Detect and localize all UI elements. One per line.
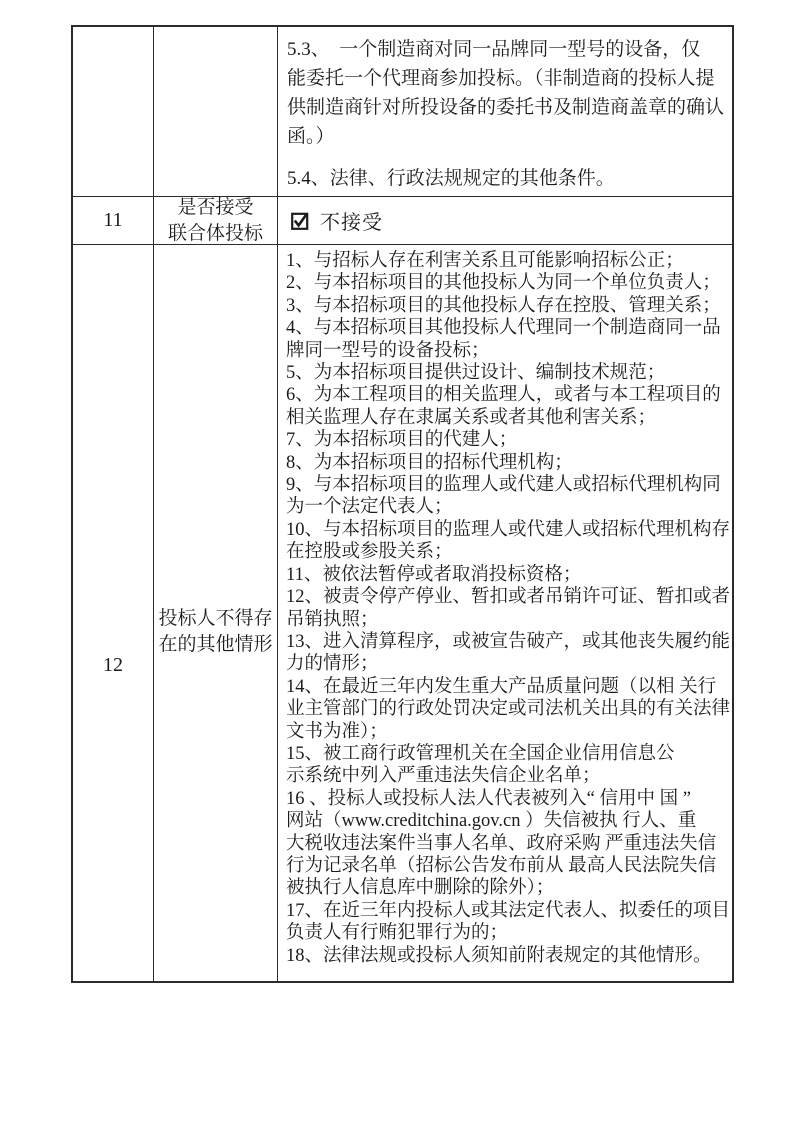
checked-checkbox-icon — [291, 212, 309, 230]
row-11-content: 不接受 — [278, 197, 732, 245]
list-item: 3、与本招标项目的其他投标人存在控股、管理关系； — [286, 295, 730, 317]
row-12-number-text: 12 — [103, 654, 123, 677]
list-item: 2、与本招标项目的其他投标人为同一个单位负责人； — [286, 272, 730, 294]
list-item: 8、为本招标项目的招标代理机构； — [286, 452, 730, 474]
list-item: 12、被责令停产停业、暂扣或者吊销许可证、暂扣或者 吊销执照； — [286, 586, 730, 631]
row-12-content: 1、与招标人存在利害关系且可能影响招标公正；2、与本招标项目的其他投标人为同一个… — [278, 245, 732, 981]
row-label-cell-continuation — [154, 27, 278, 197]
list-item: 14、在最近三年内发生重大产品质量问题（以相 关行 业主管部门的行政处罚决定或司… — [286, 676, 730, 743]
row-12-label-text: 投标人不得存 在的其他情形 — [158, 606, 272, 658]
clause-5-4-text: 5.4、法律、行政法规规定的其他条件。 — [287, 164, 729, 193]
clause-5-3-text: 5.3、 一个制造商对同一品牌同一型号的设备，仅 能委托一个代理商参加投标。（非… — [287, 35, 729, 151]
list-item: 10、与本招标项目的监理人或代建人或招标代理机构存 在控股或参股关系； — [286, 519, 730, 564]
list-item: 16 、投标人或投标人法人代表被列入“ 信用中 国 ” 网站（www.credi… — [286, 788, 730, 900]
row-11-label: 是否接受 联合体投标 — [154, 197, 278, 245]
list-item: 5、为本招标项目提供过设计、编制技术规范； — [286, 362, 730, 384]
list-item: 9、与本招标项目的监理人或代建人或招标代理机构同 为一个法定代表人； — [286, 474, 730, 519]
list-item: 7、为本招标项目的代建人； — [286, 429, 730, 451]
row-11-number: 11 — [73, 197, 154, 245]
row-12-label: 投标人不得存 在的其他情形 — [154, 245, 278, 981]
checkbox-check — [295, 214, 307, 225]
row-content-cell-continuation: 5.3、 一个制造商对同一品牌同一型号的设备，仅 能委托一个代理商参加投标。（非… — [278, 27, 732, 197]
list-item: 17、在近三年内投标人或其法定代表人、拟委任的项目 负责人有行贿犯罪行为的； — [286, 900, 730, 945]
list-item: 6、为本工程项目的相关监理人，或者与本工程项目的 相关监理人存在隶属关系或者其他… — [286, 384, 730, 429]
list-item: 13、进入清算程序，或被宣告破产，或其他丧失履约能 力的情形； — [286, 631, 730, 676]
list-item: 15、被工商行政管理机关在全国企业信用信息公 示系统中列入严重违法失信企业名单； — [286, 743, 730, 788]
list-item: 11、被依法暂停或者取消投标资格； — [286, 564, 730, 586]
row-12-number: 12 — [73, 245, 154, 981]
document-page: 5.3、 一个制造商对同一品牌同一型号的设备，仅 能委托一个代理商参加投标。（非… — [0, 0, 793, 1122]
list-item: 1、与招标人存在利害关系且可能影响招标公正； — [286, 250, 730, 272]
row-number-cell-continuation — [73, 27, 154, 197]
list-item: 4、与本招标项目其他投标人代理同一个制造商同一品 牌同一型号的设备投标； — [286, 317, 730, 362]
list-item: 18、法律法规或投标人须知前附表规定的其他情形。 — [286, 945, 730, 967]
bidder-instructions-table: 5.3、 一个制造商对同一品牌同一型号的设备，仅 能委托一个代理商参加投标。（非… — [71, 25, 734, 983]
checkbox-option-label: 不接受 — [320, 206, 383, 235]
